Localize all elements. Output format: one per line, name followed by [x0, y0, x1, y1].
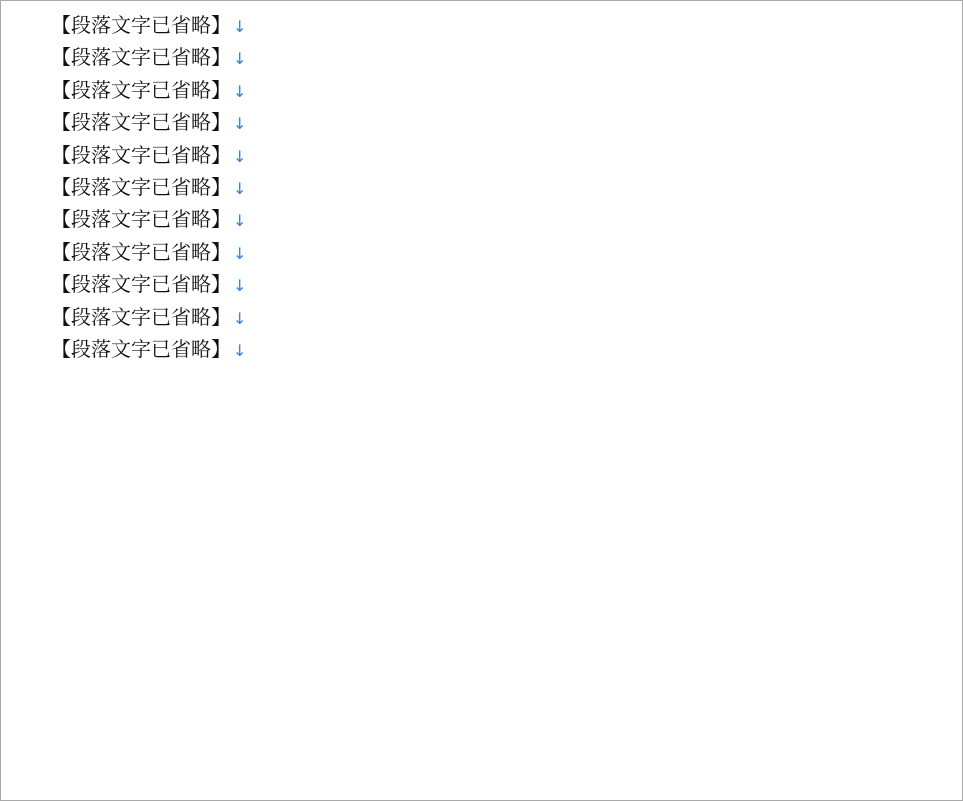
paragraph-end-arrow-icon: ↓ [233, 211, 246, 230]
paragraph-end-arrow-icon: ↓ [233, 114, 246, 133]
paragraph-end-arrow-icon: ↓ [233, 82, 246, 101]
paragraph-text: 【段落文字已省略】 [51, 78, 231, 102]
paragraph-end-arrow-icon: ↓ [233, 244, 246, 263]
paragraph-text: 【段落文字已省略】 [51, 207, 231, 231]
paragraph-text: 【段落文字已省略】 [51, 45, 231, 69]
paragraph-text: 【段落文字已省略】 [51, 175, 231, 199]
paragraph-text: 【段落文字已省略】 [51, 305, 231, 329]
paragraph: 【段落文字已省略】↓ [11, 236, 952, 268]
paragraph-text: 【段落文字已省略】 [51, 337, 231, 361]
paragraph-text: 【段落文字已省略】 [51, 110, 231, 134]
paragraph-text: 【段落文字已省略】 [51, 13, 231, 37]
paragraph: 【段落文字已省略】↓ [11, 9, 952, 41]
paragraph-end-arrow-icon: ↓ [233, 276, 246, 295]
paragraph-end-arrow-icon: ↓ [233, 147, 246, 166]
paragraph-end-arrow-icon: ↓ [233, 49, 246, 68]
paragraph: 【段落文字已省略】↓ [11, 203, 952, 235]
paragraph-text: 【段落文字已省略】 [51, 240, 231, 264]
reader-page: 【段落文字已省略】↓【段落文字已省略】↓【段落文字已省略】↓【段落文字已省略】↓… [0, 0, 963, 801]
paragraph-end-arrow-icon: ↓ [233, 17, 246, 36]
paragraph: 【段落文字已省略】↓ [11, 171, 952, 203]
paragraph-text: 【段落文字已省略】 [51, 143, 231, 167]
paragraph-end-arrow-icon: ↓ [233, 341, 246, 360]
paragraph: 【段落文字已省略】↓ [11, 74, 952, 106]
paragraph: 【段落文字已省略】↓ [11, 333, 952, 365]
paragraph-end-arrow-icon: ↓ [233, 179, 246, 198]
paragraph: 【段落文字已省略】↓ [11, 301, 952, 333]
paragraph-text: 【段落文字已省略】 [51, 272, 231, 296]
paragraph: 【段落文字已省略】↓ [11, 41, 952, 73]
paragraph: 【段落文字已省略】↓ [11, 139, 952, 171]
paragraph-end-arrow-icon: ↓ [233, 309, 246, 328]
paragraph: 【段落文字已省略】↓ [11, 268, 952, 300]
paragraph: 【段落文字已省略】↓ [11, 106, 952, 138]
